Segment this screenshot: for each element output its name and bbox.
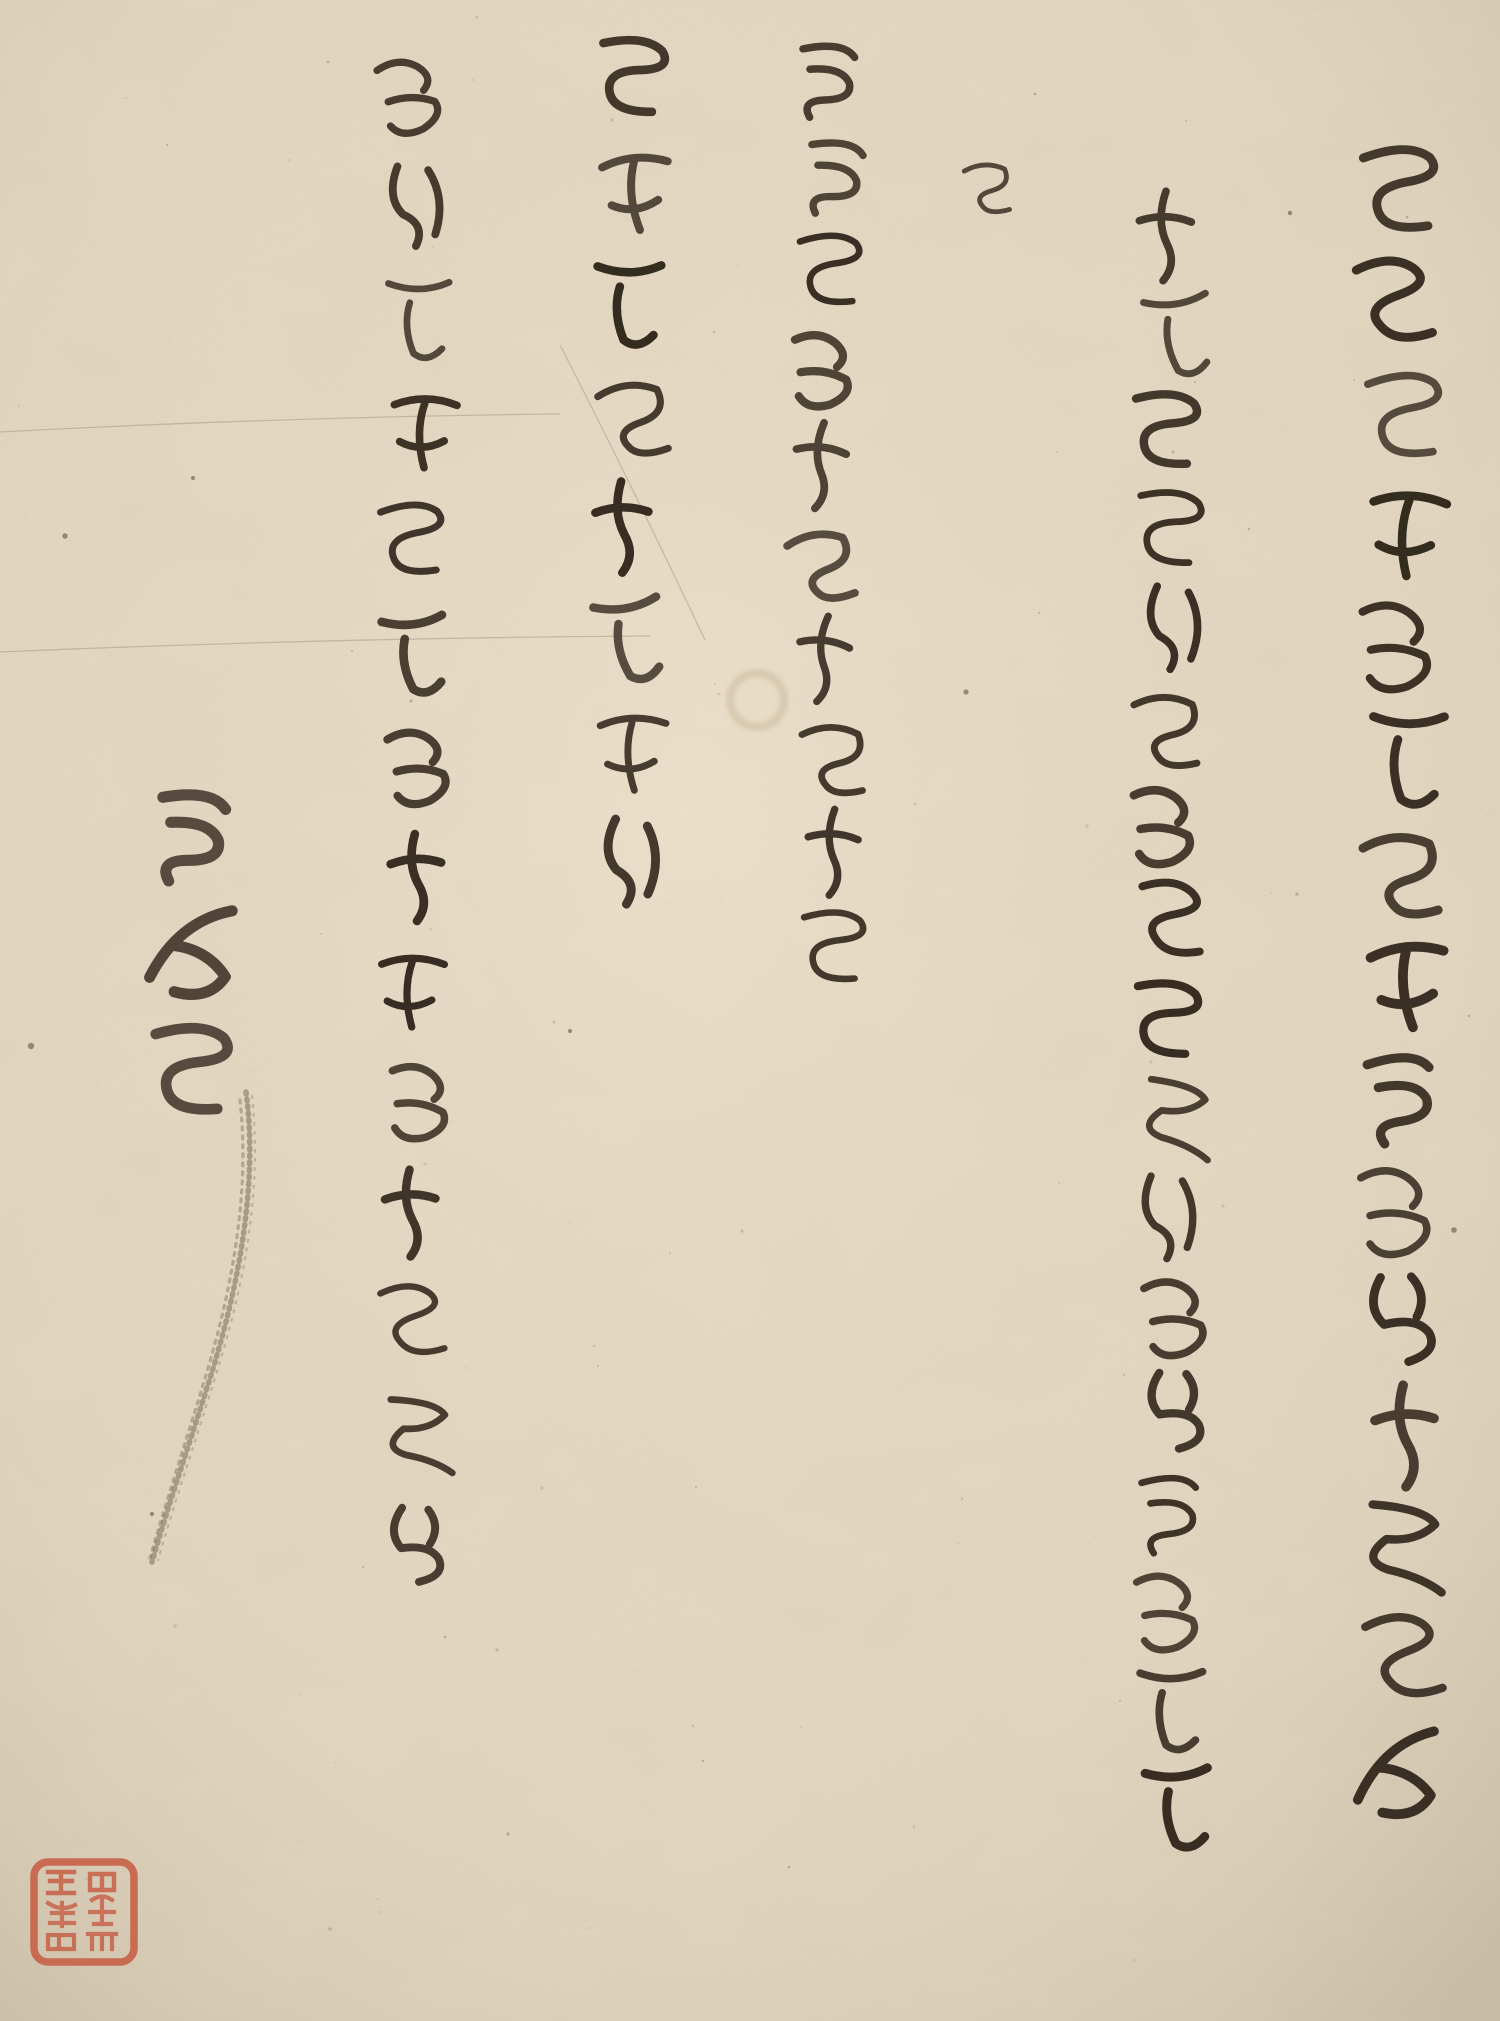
paper-speck — [1185, 120, 1187, 122]
paper-speck — [85, 1878, 87, 1880]
paper-speck — [506, 1832, 509, 1835]
paper-speck — [1194, 381, 1196, 383]
paper-speck — [1353, 379, 1355, 381]
paper-speck — [334, 1762, 335, 1763]
paper-speck — [327, 61, 330, 64]
paper-speck — [377, 1898, 379, 1900]
paper-speck — [737, 264, 739, 266]
paper-speck — [1497, 1435, 1498, 1436]
paper-speck — [1123, 1374, 1126, 1377]
paper-speck — [495, 1648, 498, 1651]
paper-speck — [568, 1029, 572, 1033]
paper-speck — [1288, 211, 1292, 215]
paper-speck — [721, 900, 723, 902]
manuscript-sheet: 病把舡骨急為不可言出門手皆著如許只視為引左卯日丙便毅吊使不妥曾語之等公許問子否如… — [0, 0, 1500, 2021]
paper-speck — [713, 331, 716, 334]
paper-speck — [718, 693, 721, 696]
paper-speck — [62, 533, 67, 538]
paper-speck — [961, 1498, 963, 1500]
paper-speck — [913, 802, 916, 805]
paper-speck — [1038, 612, 1040, 614]
paper-speck — [702, 1760, 705, 1763]
paper-speck — [1248, 528, 1251, 531]
paper-speck — [1468, 1015, 1471, 1018]
paper-speck — [692, 1725, 694, 1727]
paper-speck — [173, 1624, 176, 1627]
paper-speck — [1451, 1227, 1457, 1233]
seal-script-stroke — [48, 1903, 75, 1926]
paper-speck — [1487, 814, 1489, 816]
paper-speck — [1095, 1536, 1097, 1538]
paper-background — [0, 0, 1500, 2021]
paper-speck — [569, 1221, 570, 1222]
paper-speck — [97, 1365, 99, 1367]
paper-speck — [1085, 824, 1088, 827]
paper-speck — [1133, 1959, 1136, 1962]
paper-speck — [288, 159, 291, 162]
paper-speck — [540, 1486, 543, 1489]
paper-speck — [295, 1855, 296, 1856]
paper-speck — [1034, 93, 1037, 96]
paper-speck — [1270, 892, 1273, 895]
paper-speck — [668, 903, 670, 905]
paper-speck — [150, 1512, 154, 1516]
paper-speck — [465, 1367, 467, 1369]
paper-speck — [963, 689, 968, 694]
paper-vignette — [0, 0, 1500, 2021]
paper-speck — [320, 933, 322, 935]
paper-speck — [28, 1043, 34, 1049]
paper-speck — [714, 683, 716, 685]
paper-speck — [1295, 892, 1299, 896]
paper-speck — [300, 1840, 301, 1841]
paper-speck — [1406, 216, 1409, 219]
paper-speck — [18, 405, 20, 407]
paper-speck — [166, 144, 168, 146]
paper-speck — [1149, 1060, 1152, 1063]
paper-speck — [1119, 1700, 1121, 1702]
calligraphy-canvas: 病把舡骨急為不可言出門手皆著如許只視為引左卯日丙便毅吊使不妥曾語之等公許問子否如… — [0, 0, 1500, 2021]
paper-speck — [957, 1542, 960, 1545]
paper-speck — [432, 246, 433, 247]
paper-speck — [669, 1252, 671, 1254]
paper-speck — [380, 154, 382, 156]
paper-speck — [1242, 324, 1244, 326]
paper-speck — [975, 592, 976, 593]
paper-speck — [816, 1074, 817, 1075]
paper-speck — [597, 1365, 599, 1367]
paper-speck — [800, 1726, 802, 1728]
paper-speck — [913, 1826, 916, 1829]
paper-speck — [409, 699, 412, 702]
paper-speck — [429, 927, 432, 930]
paper-speck — [740, 1229, 743, 1232]
paper-speck — [695, 1486, 697, 1488]
paper-speck — [249, 1070, 251, 1072]
paper-speck — [589, 1927, 591, 1929]
paper-speck — [593, 1345, 596, 1348]
paper-speck — [1172, 451, 1175, 454]
paper-speck — [1058, 1182, 1060, 1184]
paper-speck — [423, 1162, 426, 1165]
paper-speck — [610, 118, 613, 121]
paper-speck — [328, 1927, 332, 1931]
paper-speck — [1221, 1204, 1224, 1207]
paper-speck — [788, 1866, 791, 1869]
paper-speck — [191, 476, 195, 480]
paper-speck — [378, 1911, 381, 1914]
paper-speck — [351, 650, 353, 652]
paper-speck — [553, 1021, 556, 1024]
paper-speck — [444, 1636, 447, 1639]
paper-speck — [362, 1566, 365, 1569]
paper-speck — [125, 97, 127, 99]
seal-script-stroke — [88, 1934, 116, 1949]
paper-speck — [472, 79, 474, 81]
paper-speck — [299, 1694, 301, 1696]
paper-speck — [476, 16, 479, 19]
paper-speck — [1056, 451, 1058, 453]
